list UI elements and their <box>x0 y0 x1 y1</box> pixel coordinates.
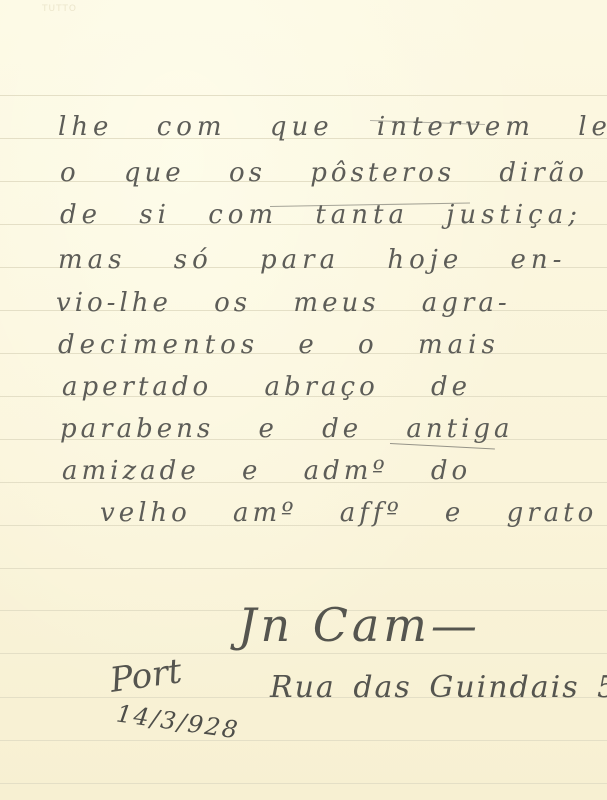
signature: Jn Cam— <box>238 598 481 652</box>
letter-line-6: decimentos e o mais <box>58 330 500 360</box>
ruled-line <box>0 95 607 96</box>
letter-line-2: o que os pôsteros dirão <box>60 158 588 188</box>
letter-line-10: velho amº affº e grato <box>100 498 597 528</box>
address: Rua das Guindais 56 <box>270 670 607 705</box>
letter-line-9: amizade e admº do <box>62 456 471 486</box>
letter-line-1: lhe com que intervem leia <box>58 112 578 142</box>
letter-line-7: apertado abraço de <box>62 372 471 402</box>
ruled-line <box>0 653 607 654</box>
ruled-line <box>0 568 607 569</box>
ruled-line <box>0 783 607 784</box>
letter-line-4: mas só para hoje en- <box>58 245 566 275</box>
letter-line-8: parabens e de antiga <box>60 414 514 444</box>
ruled-line <box>0 740 607 741</box>
letter-line-5: vio-lhe os meus agra- <box>56 288 511 318</box>
archive-stamp: TUTTO <box>42 4 77 14</box>
